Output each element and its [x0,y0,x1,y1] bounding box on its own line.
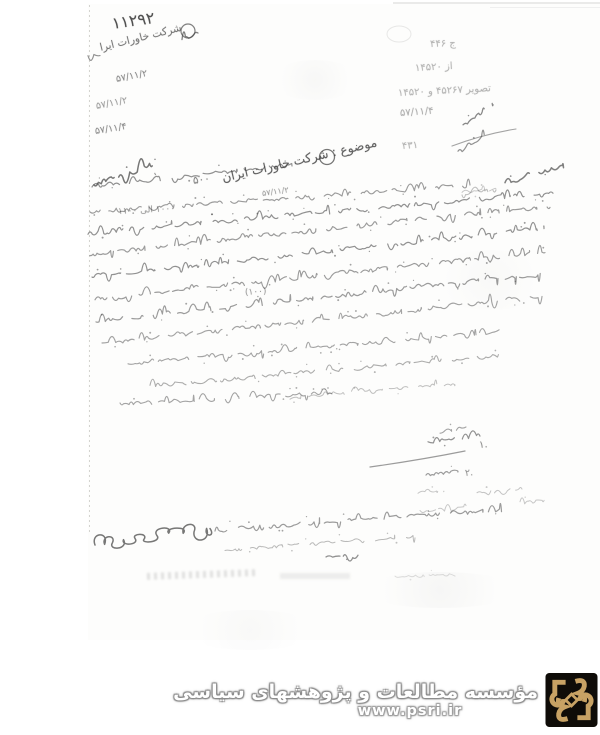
handwriting-line [96,274,540,323]
ink-dot [320,352,322,354]
archive-note-from-label: از [445,61,453,72]
ink-dot [304,223,306,225]
ink-dot [395,271,396,272]
ink-dot [343,513,345,515]
handwriting-line [120,389,332,405]
ink-dot [230,289,232,291]
ink-dot [542,200,544,202]
ink-dot [410,579,412,581]
handwriting-line [94,524,211,548]
ink-dot [535,199,536,200]
handwriting-line [440,427,466,433]
ink-dot [403,261,404,262]
psri-logo [545,672,598,728]
handwriting-line [477,487,522,494]
ink-dot [542,247,544,249]
ink-dot [126,166,128,168]
ink-dot [330,351,332,353]
handwriting-line [215,504,502,532]
ink-dot [189,235,190,236]
ink-dot [201,259,202,260]
ink-dot [212,311,214,313]
ink-dot [495,350,497,352]
ink-dot [431,258,432,259]
ink-dot [295,191,296,192]
ink-dot [368,211,370,213]
ink-dot [291,550,293,552]
ink-dot [520,226,522,228]
ink-dot [514,304,515,305]
ink-dot [203,362,204,363]
ink-dot [337,299,339,301]
ink-dot [355,310,357,312]
ink-dot [269,284,271,286]
ink-dot [194,197,196,199]
ink-dot [450,424,452,426]
ink-dot [388,282,390,284]
handwriting-line [428,431,480,443]
handwriting-line [370,451,465,467]
ink-dot [370,230,371,231]
ink-dot [432,436,434,438]
ink-dot [334,255,336,257]
ink-dot [476,206,478,208]
ink-dot [242,358,244,360]
ink-dot [524,222,526,224]
handwriting-scribbles [0,0,600,735]
ink-dot [282,530,284,532]
ink-dot [475,196,477,198]
ink-dot [112,187,113,188]
ink-dot [120,268,122,270]
ink-dot [211,213,213,215]
ink-dot [233,277,235,279]
ink-dot [296,376,298,378]
item1-marker: ۱. [479,439,488,451]
ink-dot [97,269,99,271]
ink-dot [216,290,217,291]
ink-dot [324,389,325,390]
ink-dot [487,305,489,307]
ink-dot [296,327,297,328]
ink-dot [398,393,399,394]
ink-dot [350,264,352,266]
ink-dot [481,217,483,219]
ink-dot [166,221,168,223]
handwriting-line [326,555,358,561]
ink-dot [203,197,205,199]
handwriting-line [225,535,415,551]
ink-dot [218,165,220,167]
ink-dot [344,289,346,291]
archive-note-ref-value: ۴۴۶ [430,38,446,50]
watermark-institute-name: مؤسسه مطالعات و پژوهشهای سیاسی [268,681,538,703]
ink-dot [466,264,467,265]
ink-dot [457,288,459,290]
ink-dot [400,185,401,186]
ink-dot [374,371,376,373]
ink-dot [232,213,233,214]
ink-dot [247,229,249,231]
ink-dot [249,551,251,553]
ink-dot [154,159,155,160]
ink-dot [122,225,124,227]
ink-dot [292,218,293,219]
handwriting-line [520,498,544,504]
archive-note-from-value: ۱۴۵۲۰ [415,62,442,74]
ink-dot [281,343,283,345]
ink-dot [283,398,285,400]
ink-dot [155,174,156,175]
archive-note-eval: ۴۳۱ [402,140,419,152]
ink-dot [339,534,340,535]
ink-dot [289,388,290,389]
ink-dot [334,204,336,206]
handwriting-line [418,489,444,493]
ink-dot [161,319,162,320]
item2-marker: ۲. [465,467,474,479]
handwriting-line [462,187,496,197]
ink-dot [360,361,361,362]
ink-dot [468,115,469,116]
ink-dot [428,510,429,511]
handwriting-line [95,246,545,302]
ink-dot [510,175,512,177]
ink-dot [339,349,341,351]
ink-dot [258,381,259,382]
ink-dot [93,214,95,216]
ink-dot [146,341,147,342]
ink-dot [185,303,187,305]
ink-dot [327,387,329,389]
handwriting-line [426,470,458,475]
ink-dot [413,280,414,281]
ink-dot [429,236,431,238]
ink-dot [271,354,273,356]
handwriting-line [92,223,544,282]
ink-dot [133,398,135,400]
ink-dot [306,364,307,365]
ink-dot [396,542,398,544]
ink-dot [222,254,224,256]
ink-dot [387,533,388,534]
ink-dot [406,332,408,334]
ink-dot [206,325,208,327]
ink-dot [295,387,297,389]
ink-dot [336,348,338,350]
handwriting-line [463,103,493,124]
handwriting-line [182,32,198,40]
ink-dot [490,217,491,218]
ink-dot [305,538,306,539]
ink-dot [486,262,488,264]
ink-dot [303,208,304,209]
ink-dot [328,198,329,199]
ink-dot [414,196,416,198]
ink-dot [99,177,100,178]
ink-smudge [280,573,350,579]
ink-dot [402,193,403,194]
ink-dot [229,521,230,522]
handwriting-line [420,504,466,512]
ink-dot [306,516,307,517]
archive-note-ref: ج ۴۴۶ [430,38,456,50]
ink-dot [237,223,238,224]
ink-dot [253,345,255,347]
ink-dot [347,311,349,313]
ink-dot [114,346,116,348]
ink-dot [444,445,446,447]
ink-dot [431,570,432,571]
ink-dot [437,518,438,519]
ink-dot [524,496,525,497]
archive-note-image-label: تصویر [466,83,491,95]
hundred-fragment: (۱۰۰) [245,287,267,298]
handwriting-line [150,355,498,387]
ink-dot [338,363,339,364]
ink-dot [330,373,331,374]
ink-dot [274,262,276,264]
ink-dot [461,362,463,364]
archive-note-ref-label: ج [449,38,456,49]
price-fragment: ۵۰۰ [192,173,210,187]
ink-dot [380,216,381,217]
archive-note-from: از ۱۴۵۲۰ [415,61,453,74]
archive-note-date: ۵۷/۱۱/۴ [400,106,434,119]
ink-dot [523,302,525,304]
handwriting-line [395,574,455,578]
ink-dot [313,388,315,390]
ink-dot [438,299,440,301]
ink-dot [431,486,433,488]
ink-dot [248,521,250,523]
flourish-ring [387,26,411,42]
ink-dot [544,174,545,175]
handwriting-line [505,164,564,183]
ink-dot [405,224,407,226]
ink-dot [137,253,139,255]
ink-dot [486,486,488,488]
ink-dot [149,355,151,357]
ink-dot [431,356,433,358]
ink-dot [495,513,496,514]
ink-dot [298,305,300,307]
flourish-ring [181,24,195,38]
ink-dot [245,321,246,322]
ink-dot [149,332,151,334]
handwriting-line [102,294,542,343]
ink-dot [454,241,456,243]
ink-dot [481,184,483,186]
ink-dot [354,199,356,201]
ink-dot [169,201,171,203]
ink-dot [369,251,370,252]
handwriting-line [88,55,100,61]
ink-dot [226,334,228,336]
ink-dot [233,288,234,289]
watermark-url: www.psri.ir [350,703,470,719]
ink-dot [187,248,189,250]
ink-dot [503,205,504,206]
ink-dot [451,466,452,467]
ink-dot [102,237,104,239]
ink-dot [278,530,280,532]
ink-dot [188,180,190,182]
handwriting-line [290,380,455,399]
ink-dot [243,194,245,196]
handwriting-line [458,130,484,151]
ink-dot [268,210,269,211]
ink-dot [485,273,486,274]
ink-dot [338,245,339,246]
ink-dot [459,232,460,233]
scanned-document-page: ۱۱۲۹۲ شرکت خاورات ایرا ۵۷/۱۱/۲ ۵۷/۱۱/۲ ۵… [0,0,600,735]
ink-dot [293,401,295,403]
